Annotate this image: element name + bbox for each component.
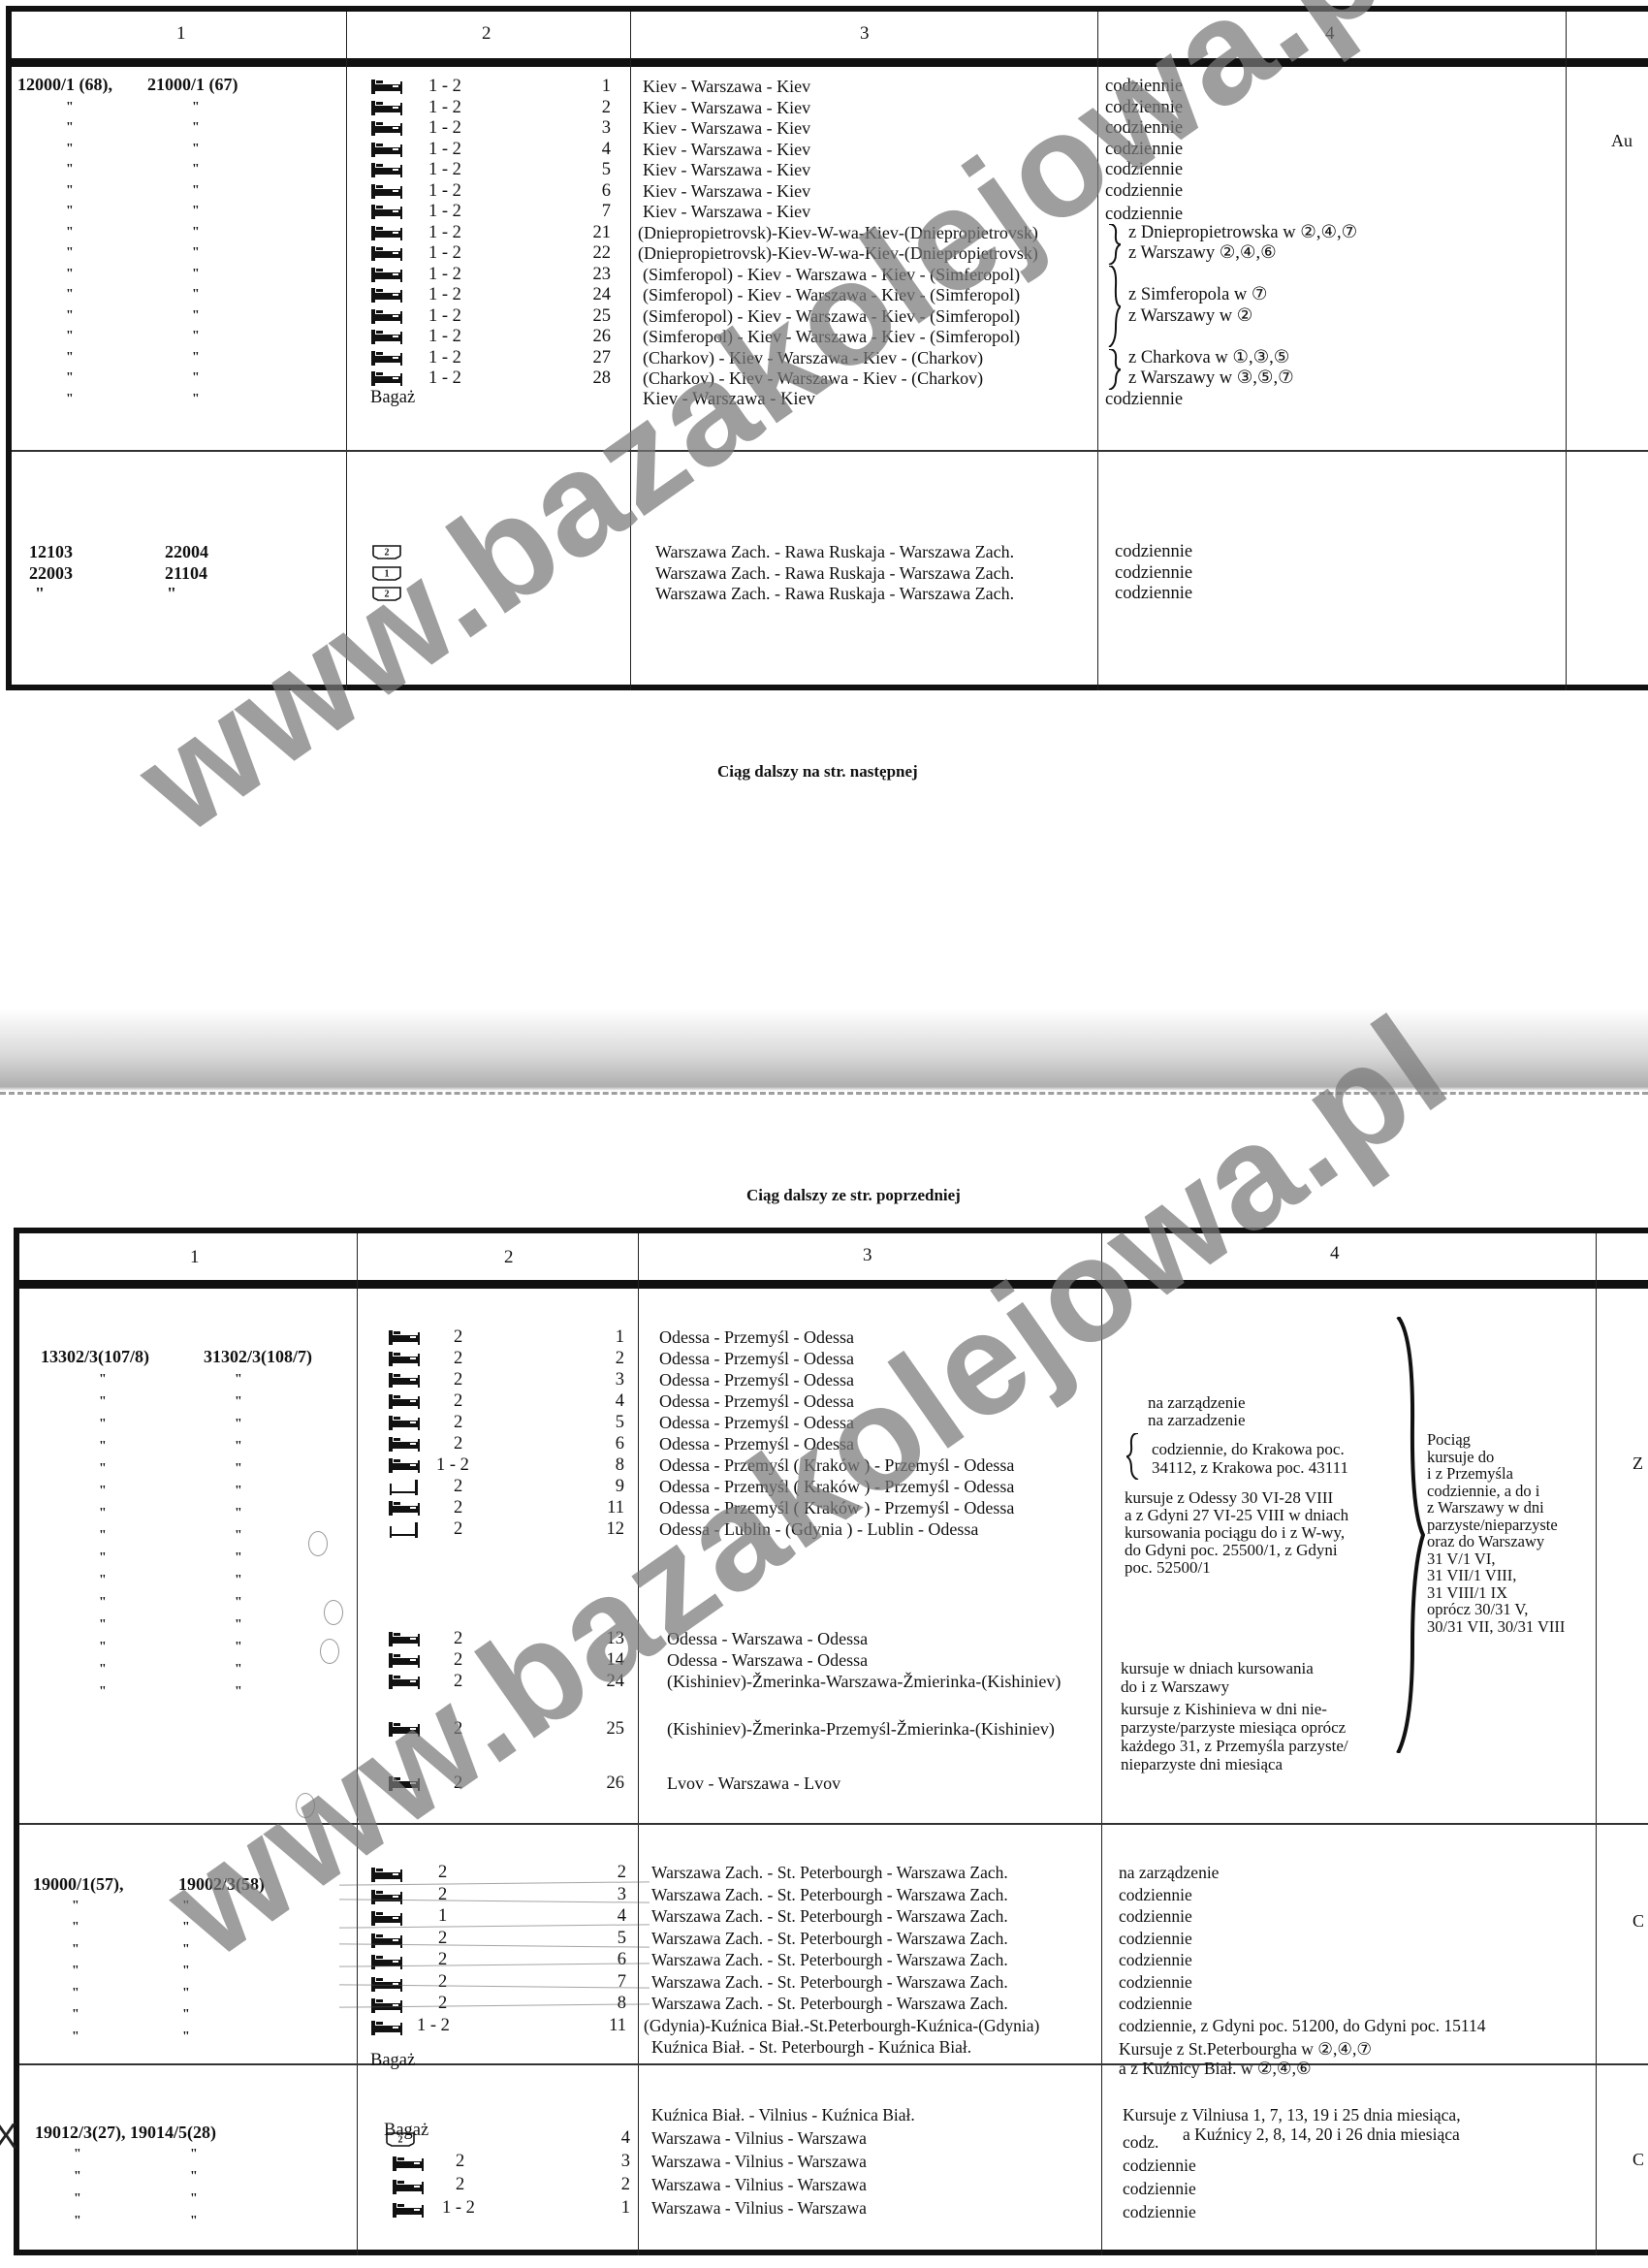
car-number: 2 bbox=[572, 97, 611, 118]
days-of-operation: codziennie bbox=[1105, 76, 1183, 97]
sleeping-car-icon bbox=[370, 119, 403, 137]
class-label: 1 - 2 bbox=[428, 201, 461, 222]
sleeping-car-icon bbox=[388, 1774, 421, 1792]
col-header-3: 3 bbox=[863, 1245, 872, 1266]
route: (Simferopol) - Kiev - Warszawa - Kiev - … bbox=[643, 284, 1020, 305]
route: (Charkov) - Kiev - Warszawa - Kiev - (Ch… bbox=[643, 347, 983, 368]
class-label: 1 - 2 bbox=[417, 2015, 450, 2036]
days-of-operation: codziennie, z Gdyni poc. 51200, do Gdyni… bbox=[1119, 2015, 1485, 2036]
days-of-operation: codziennie bbox=[1105, 389, 1183, 410]
days-of-operation: codziennie bbox=[1105, 180, 1183, 202]
car-number: 25 bbox=[586, 1718, 624, 1740]
sleeping-car-icon bbox=[370, 349, 403, 367]
days-of-operation: a z Kuźnicy Biał. w ②,④,⑥ bbox=[1119, 2058, 1312, 2079]
route: Warszawa - Vilnius - Warszawa bbox=[651, 2174, 867, 2195]
svg-text:2: 2 bbox=[385, 548, 390, 559]
ditto-mark: " bbox=[182, 1961, 190, 1982]
sleeping-car-icon bbox=[370, 203, 403, 220]
sleeping-car-icon bbox=[392, 2155, 425, 2172]
car-number: 3 bbox=[591, 2151, 630, 2172]
car-number: 1 bbox=[586, 1326, 624, 1348]
route: Odessa - Przemyśl - Odessa bbox=[659, 1348, 854, 1369]
class-label: 1 - 2 bbox=[442, 2197, 475, 2219]
car-number: 22 bbox=[572, 242, 611, 264]
ditto-mark: " bbox=[235, 1659, 242, 1680]
seating-car-icon: 2 bbox=[384, 2131, 417, 2147]
car-type-code: C bbox=[1632, 1910, 1644, 1932]
ditto-mark: " bbox=[66, 367, 74, 389]
route: (Simferopol) - Kiev - Warszawa - Kiev - … bbox=[643, 264, 1020, 285]
route: Kiev - Warszawa - Kiev bbox=[643, 139, 810, 160]
route: Odessa - Przemyśl ( Kraków ) - Przemyśl … bbox=[659, 1454, 1014, 1476]
route: Odessa - Warszawa - Odessa bbox=[667, 1628, 868, 1649]
route: Lvov - Warszawa - Lvov bbox=[667, 1773, 840, 1794]
sleeping-car-icon bbox=[370, 307, 403, 325]
ditto-mark: " bbox=[99, 1436, 107, 1457]
sleeping-car-icon bbox=[388, 1392, 421, 1410]
route: Warszawa Zach. - St. Peterbourgh - Warsz… bbox=[651, 1884, 1008, 1905]
brace-icon bbox=[1107, 266, 1121, 347]
note: nieparzyste dni miesiąca bbox=[1121, 1754, 1283, 1775]
ditto-mark: " bbox=[74, 2166, 81, 2188]
ditto-mark: " bbox=[72, 2004, 79, 2026]
class-label: 2 bbox=[454, 1326, 462, 1348]
class-label: 2 bbox=[454, 1433, 462, 1454]
ditto-mark: " bbox=[235, 1503, 242, 1524]
ditto-mark: " bbox=[99, 1659, 107, 1680]
car-number: 2 bbox=[586, 1348, 624, 1369]
sleeping-car-icon bbox=[388, 1499, 421, 1517]
sleeping-car-icon bbox=[388, 1673, 421, 1690]
note: i z Przemyśla bbox=[1427, 1465, 1513, 1483]
class-label: 2 bbox=[454, 1390, 462, 1412]
route: Warszawa Zach. - St. Peterbourgh - Warsz… bbox=[651, 1993, 1008, 2014]
class-label: 2 bbox=[454, 1497, 462, 1518]
car-number: 7 bbox=[572, 201, 611, 222]
ditto-mark: " bbox=[192, 305, 200, 327]
brace-icon bbox=[1126, 1433, 1140, 1480]
note: poc. 52500/1 bbox=[1125, 1557, 1211, 1579]
sleeping-car-icon bbox=[388, 1435, 421, 1453]
route: Kiev - Warszawa - Kiev bbox=[643, 201, 810, 222]
days-of-operation: Kursuje z St.Peterbourgha w ②,④,⑦ bbox=[1119, 2038, 1372, 2060]
sleeping-car-icon bbox=[370, 1996, 403, 2014]
days-of-operation: z Dniepropietrowska w ②,④,⑦ bbox=[1128, 222, 1357, 243]
ditto-mark: " bbox=[66, 284, 74, 305]
days-of-operation: z Simferopola w ⑦ bbox=[1128, 284, 1267, 305]
ditto-mark: " bbox=[66, 347, 74, 368]
class-label: 1 - 2 bbox=[428, 97, 461, 118]
sleeping-car-icon bbox=[370, 266, 403, 283]
ditto-mark: " bbox=[182, 1939, 190, 1961]
note: kursuje do bbox=[1427, 1449, 1494, 1466]
page-fold-shadow bbox=[0, 1008, 1648, 1091]
col-header-3: 3 bbox=[860, 23, 870, 45]
col-header-4: 4 bbox=[1325, 23, 1335, 45]
col-header-2: 2 bbox=[504, 1247, 514, 1268]
car-number: 3 bbox=[572, 117, 611, 139]
continued-prev-caption: Ciąg dalszy ze str. poprzedniej bbox=[746, 1186, 961, 1205]
car-number: 23 bbox=[572, 264, 611, 285]
car-number: 6 bbox=[586, 1433, 624, 1454]
car-number: 5 bbox=[572, 159, 611, 180]
sleeping-car-icon bbox=[370, 1953, 403, 1970]
class-label: 1 - 2 bbox=[428, 305, 461, 327]
sleeping-car-icon bbox=[370, 2019, 403, 2036]
ditto-mark: " bbox=[66, 201, 74, 222]
route: (Kishiniev)-Žmerinka-Warszawa-Žmierinka-… bbox=[667, 1671, 1061, 1692]
route: Odessa - Przemyśl ( Kraków ) - Przemyśl … bbox=[659, 1476, 1014, 1497]
ditto-mark: " bbox=[235, 1592, 242, 1613]
route: Warszawa Zach. - Rawa Ruskaja - Warszawa… bbox=[655, 562, 1014, 584]
car-number: 2 bbox=[591, 2174, 630, 2195]
car-number: 28 bbox=[572, 367, 611, 389]
note: oraz do Warszawy bbox=[1427, 1533, 1544, 1550]
sleeping-car-icon bbox=[370, 328, 403, 345]
ditto-mark: " bbox=[182, 2004, 190, 2026]
note: 34112, z Krakowa poc. 43111 bbox=[1152, 1457, 1348, 1479]
ditto-mark: " bbox=[99, 1414, 107, 1435]
class-label: 2 bbox=[438, 1949, 447, 1970]
brace-icon bbox=[1107, 224, 1121, 265]
class-label: 1 - 2 bbox=[428, 76, 461, 97]
route: Odessa - Przemyśl ( Kraków ) - Przemyśl … bbox=[659, 1497, 1014, 1518]
sleeping-car-icon bbox=[370, 1975, 403, 1993]
route: Kiev - Warszawa - Kiev bbox=[643, 97, 810, 118]
note: oprócz 30/31 V, bbox=[1427, 1601, 1528, 1618]
train-number: 13302/3(107/8) bbox=[41, 1346, 149, 1367]
route: (Dniepropietrovsk)-Kiev-W-wa-Kiev-(Dniep… bbox=[638, 222, 1038, 243]
route: Kiev - Warszawa - Kiev bbox=[643, 180, 810, 202]
train-number: 31302/3(108/7) bbox=[204, 1346, 312, 1367]
class-label: 1 - 2 bbox=[428, 139, 461, 160]
ditto-mark: " bbox=[192, 117, 200, 139]
car-number: 26 bbox=[586, 1773, 624, 1794]
car-number: 14 bbox=[586, 1649, 624, 1671]
class-label: 2 bbox=[454, 1649, 462, 1671]
ditto-mark: " bbox=[99, 1548, 107, 1569]
sleeping-car-icon bbox=[370, 141, 403, 158]
page-fold-line bbox=[0, 1092, 1648, 1095]
car-type-code: Z bbox=[1632, 1453, 1643, 1474]
days-of-operation: Kursuje z Vilniusa 1, 7, 13, 19 i 25 dni… bbox=[1123, 2104, 1461, 2125]
class-label: 1 - 2 bbox=[428, 264, 461, 285]
class-label: 2 bbox=[456, 2174, 464, 2195]
route: Kuźnica Biał. - St. Peterbourgh - Kuźnic… bbox=[651, 2036, 971, 2058]
route: Warszawa - Vilnius - Warszawa bbox=[651, 2197, 867, 2219]
ditto-mark: " bbox=[99, 1369, 107, 1390]
ditto-mark: " bbox=[190, 2166, 198, 2188]
car-number: 6 bbox=[587, 1949, 626, 1970]
ditto-mark: " bbox=[66, 305, 74, 327]
sleeping-car-icon bbox=[388, 1350, 421, 1367]
ditto-mark: " bbox=[190, 2211, 198, 2232]
col-header-1: 1 bbox=[176, 23, 186, 45]
car-number: 5 bbox=[586, 1412, 624, 1433]
days-of-operation: na zarządzenie bbox=[1119, 1862, 1219, 1883]
route: (Kishiniev)-Žmerinka-Przemyśl-Žmierinka-… bbox=[667, 1718, 1055, 1740]
route: Warszawa Zach. - Rawa Ruskaja - Warszawa… bbox=[655, 583, 1014, 604]
days-of-operation: codziennie bbox=[1119, 1928, 1192, 1949]
ditto-mark: " bbox=[74, 2144, 81, 2165]
train-number: 21104 bbox=[165, 562, 207, 584]
car-number: 13 bbox=[586, 1628, 624, 1649]
ditto-mark: " bbox=[235, 1458, 242, 1480]
route: (Charkov) - Kiev - Warszawa - Kiev - (Ch… bbox=[643, 367, 983, 389]
class-label: 1 bbox=[438, 1905, 447, 1927]
route: (Simferopol) - Kiev - Warszawa - Kiev - … bbox=[643, 326, 1020, 347]
car-number: 4 bbox=[586, 1390, 624, 1412]
pencil-circle-mark bbox=[296, 1793, 315, 1818]
class-label: 2 bbox=[454, 1476, 462, 1497]
baggage-car-label: Bagaż bbox=[370, 2050, 415, 2071]
sleeping-car-icon bbox=[392, 2201, 425, 2219]
days-of-operation: codziennie bbox=[1115, 541, 1192, 562]
car-number: 26 bbox=[572, 326, 611, 347]
route: Kiev - Warszawa - Kiev bbox=[643, 159, 810, 180]
car-number: 7 bbox=[587, 1971, 626, 1993]
ditto-mark: " bbox=[235, 1570, 242, 1591]
class-label: 1 - 2 bbox=[428, 367, 461, 389]
route: Odessa - Lublin - (Gdynia ) - Lublin - O… bbox=[659, 1518, 978, 1540]
days-of-operation: codziennie bbox=[1105, 139, 1183, 160]
couchette-car-icon bbox=[388, 1478, 421, 1495]
days-of-operation: z Warszawy w ③,⑤,⑦ bbox=[1128, 367, 1294, 389]
class-label: 2 bbox=[438, 1993, 447, 2014]
train-number: 22004 bbox=[165, 541, 208, 562]
route: Warszawa Zach. - St. Peterbourgh - Warsz… bbox=[651, 1971, 1008, 1993]
route: Odessa - Przemyśl - Odessa bbox=[659, 1433, 854, 1454]
sleeping-car-icon bbox=[370, 1866, 403, 1883]
ditto-mark: " bbox=[72, 1983, 79, 2004]
baggage-car-label: Bagaż bbox=[370, 387, 415, 408]
pencil-circle-mark bbox=[320, 1639, 339, 1664]
route: Kiev - Warszawa - Kiev bbox=[643, 117, 810, 139]
car-number: 25 bbox=[572, 305, 611, 327]
train-number: 19000/1(57), bbox=[33, 1873, 124, 1895]
car-number: 24 bbox=[572, 284, 611, 305]
days-of-operation: z Warszawy ②,④,⑥ bbox=[1128, 242, 1277, 264]
sleeping-car-icon bbox=[388, 1630, 421, 1647]
class-label: 2 bbox=[454, 1718, 462, 1740]
sleeping-car-icon bbox=[388, 1651, 421, 1669]
route: (Simferopol) - Kiev - Warszawa - Kiev - … bbox=[643, 305, 1020, 327]
ditto-mark: " bbox=[66, 389, 74, 410]
route: Warszawa - Vilnius - Warszawa bbox=[651, 2151, 867, 2172]
class-label: 2 bbox=[454, 1369, 462, 1390]
pencil-circle-mark bbox=[324, 1600, 343, 1625]
days-of-operation: a Kuźnicy 2, 8, 14, 20 i 26 dnia miesiąc… bbox=[1183, 2124, 1460, 2145]
ditto-mark: " bbox=[235, 1525, 242, 1547]
margin-x-mark: X bbox=[0, 2116, 17, 2156]
class-label: 1 - 2 bbox=[428, 222, 461, 243]
days-of-operation: codziennie bbox=[1115, 583, 1192, 604]
ditto-mark: " bbox=[99, 1481, 107, 1502]
car-number: 4 bbox=[572, 139, 611, 160]
class-label: 2 bbox=[454, 1348, 462, 1369]
route: Warszawa Zach. - Rawa Ruskaja - Warszawa… bbox=[655, 541, 1014, 562]
ditto-mark: " bbox=[235, 1681, 242, 1703]
class-label: 1 - 2 bbox=[428, 347, 461, 368]
days-of-operation: codziennie bbox=[1115, 562, 1192, 584]
class-label: 1 - 2 bbox=[428, 326, 461, 347]
sleeping-car-icon bbox=[370, 78, 403, 95]
ditto-mark: " bbox=[182, 2027, 190, 2048]
svg-text:2: 2 bbox=[385, 590, 390, 600]
sleeping-car-icon bbox=[388, 1456, 421, 1474]
route: Odessa - Przemyśl - Odessa bbox=[659, 1390, 854, 1412]
ditto-mark: " bbox=[74, 2188, 81, 2210]
sleeping-car-icon bbox=[388, 1720, 421, 1738]
note: Pociąg bbox=[1427, 1431, 1471, 1449]
ditto-mark: " bbox=[99, 1503, 107, 1524]
class-label: 2 bbox=[454, 1671, 462, 1692]
ditto-mark: " bbox=[235, 1414, 242, 1435]
route: Odessa - Przemyśl - Odessa bbox=[659, 1369, 854, 1390]
ditto-mark: " bbox=[99, 1391, 107, 1413]
ditto-mark: " bbox=[72, 1917, 79, 1938]
ditto-mark: " bbox=[192, 347, 200, 368]
route: Warszawa Zach. - St. Peterbourgh - Warsz… bbox=[651, 1862, 1008, 1883]
seating-car-icon: 2 bbox=[370, 544, 403, 559]
couchette-car-icon bbox=[388, 1520, 421, 1538]
ditto-mark: " bbox=[235, 1614, 242, 1636]
continued-next-caption: Ciąg dalszy na str. następnej bbox=[717, 762, 918, 782]
class-label: 1 - 2 bbox=[428, 284, 461, 305]
route: Odessa - Przemyśl - Odessa bbox=[659, 1326, 854, 1348]
sleeping-car-icon bbox=[370, 244, 403, 262]
ditto-mark: " bbox=[66, 180, 74, 202]
col-header-2: 2 bbox=[482, 23, 491, 45]
ditto-mark: " bbox=[99, 1592, 107, 1613]
route: Kuźnica Biał. - Vilnius - Kuźnica Biał. bbox=[651, 2104, 915, 2125]
car-number: 3 bbox=[586, 1369, 624, 1390]
class-label: 1 - 2 bbox=[428, 159, 461, 180]
sleeping-car-icon bbox=[388, 1328, 421, 1346]
sleeping-car-icon bbox=[370, 1932, 403, 1949]
car-number: 2 bbox=[587, 1862, 626, 1883]
ditto-mark: " bbox=[192, 139, 200, 160]
top-timetable: 1 2 3 4 5 12000/1 (68),21000/1 (67)1 - 2… bbox=[6, 6, 1648, 690]
ditto-mark: " bbox=[235, 1481, 242, 1502]
car-number: 11 bbox=[587, 2015, 626, 2036]
car-number: 1 bbox=[572, 76, 611, 97]
ditto-mark: " bbox=[235, 1548, 242, 1569]
ditto-mark: " bbox=[235, 1391, 242, 1413]
train-number: 22003 bbox=[29, 562, 73, 584]
days-of-operation: codziennie bbox=[1119, 1905, 1192, 1927]
ditto-mark: " bbox=[192, 242, 200, 264]
seating-car-icon: 1 bbox=[370, 565, 403, 581]
days-of-operation: codziennie bbox=[1119, 1949, 1192, 1970]
sleeping-car-icon bbox=[370, 182, 403, 200]
days-of-operation: codziennie bbox=[1105, 117, 1183, 139]
svg-text:1: 1 bbox=[385, 568, 390, 579]
note: do i z Warszawy bbox=[1121, 1677, 1229, 1698]
days-of-operation: codziennie bbox=[1123, 2178, 1196, 2199]
ditto-mark: " bbox=[192, 201, 200, 222]
car-number: 11 bbox=[586, 1497, 624, 1518]
ditto-mark: " bbox=[192, 264, 200, 285]
train-number: 19012/3(27), 19014/5(28) bbox=[35, 2122, 216, 2143]
ditto-mark: " bbox=[72, 1896, 79, 1917]
note: codziennie, a do i bbox=[1427, 1483, 1539, 1500]
sleeping-car-icon bbox=[370, 286, 403, 303]
route: Warszawa Zach. - St. Peterbourgh - Warsz… bbox=[651, 1928, 1008, 1949]
ditto-mark: " bbox=[74, 2211, 81, 2232]
bottom-header-row bbox=[19, 1233, 1648, 1289]
class-label: 2 bbox=[454, 1518, 462, 1540]
ditto-mark: " bbox=[235, 1369, 242, 1390]
class-label: 1 - 2 bbox=[428, 242, 461, 264]
ditto-mark: " bbox=[99, 1681, 107, 1703]
note: na zarzadzenie bbox=[1148, 1410, 1246, 1431]
ditto-mark: " bbox=[72, 1961, 79, 1982]
ditto-mark: " bbox=[192, 222, 200, 243]
route: Kiev - Warszawa - Kiev bbox=[643, 76, 810, 97]
ditto-mark: " bbox=[235, 1637, 242, 1658]
class-label: 2 bbox=[454, 1773, 462, 1794]
ditto-mark: " bbox=[192, 367, 200, 389]
train-number: 21000/1 (67) bbox=[147, 74, 238, 95]
ditto-mark: " bbox=[235, 1436, 242, 1457]
car-number: 8 bbox=[586, 1454, 624, 1476]
route: Warszawa Zach. - St. Peterbourgh - Warsz… bbox=[651, 1905, 1008, 1927]
ditto-mark: " bbox=[66, 222, 74, 243]
days-of-operation: z Charkova w ①,③,⑤ bbox=[1128, 347, 1289, 368]
ditto-mark: " bbox=[190, 2144, 198, 2165]
ditto-mark: " bbox=[66, 139, 74, 160]
ditto-mark: " bbox=[66, 97, 74, 118]
car-number: 24 bbox=[586, 1671, 624, 1692]
ditto-mark: " bbox=[192, 326, 200, 347]
class-label: 2 bbox=[456, 2151, 464, 2172]
route: Odessa - Warszawa - Odessa bbox=[667, 1649, 868, 1671]
ditto-mark: " bbox=[66, 326, 74, 347]
train-number: 12103 bbox=[29, 541, 73, 562]
class-label: 2 bbox=[438, 1971, 447, 1993]
train-number: 12000/1 (68), bbox=[17, 74, 112, 95]
route: (Dniepropietrovsk)-Kiev-W-wa-Kiev-(Dniep… bbox=[638, 242, 1038, 264]
ditto-mark: " bbox=[66, 264, 74, 285]
days-of-operation: codziennie bbox=[1105, 97, 1183, 118]
sleeping-car-icon bbox=[370, 1909, 403, 1927]
ditto-mark: " bbox=[190, 2188, 198, 2210]
class-label: 2 bbox=[438, 1884, 447, 1905]
seating-car-icon: 2 bbox=[370, 586, 403, 601]
ditto-mark: " bbox=[66, 242, 74, 264]
ditto-mark: " bbox=[192, 97, 200, 118]
sleeping-car-icon bbox=[370, 224, 403, 241]
note: 31 VII/1 VIII, bbox=[1427, 1567, 1516, 1584]
car-number: 27 bbox=[572, 347, 611, 368]
sleeping-car-icon bbox=[388, 1414, 421, 1431]
note: 31 VIII/1 IX bbox=[1427, 1584, 1507, 1602]
brace-icon bbox=[1107, 349, 1121, 390]
ditto-mark: " bbox=[99, 1458, 107, 1480]
class-label: 2 bbox=[454, 1628, 462, 1649]
ditto-mark: " bbox=[99, 1637, 107, 1658]
class-label: 1 - 2 bbox=[428, 117, 461, 139]
train-number: 19002/3(58) bbox=[178, 1873, 265, 1895]
ditto-mark: " bbox=[182, 1983, 190, 2004]
days-of-operation: codziennie bbox=[1123, 2201, 1196, 2222]
ditto-mark: " bbox=[66, 159, 74, 180]
class-label: 2 bbox=[454, 1412, 462, 1433]
days-of-operation: z Warszawy w ② bbox=[1128, 305, 1252, 327]
car-type-code: C bbox=[1632, 2149, 1644, 2170]
ditto-mark: " bbox=[72, 1939, 79, 1961]
